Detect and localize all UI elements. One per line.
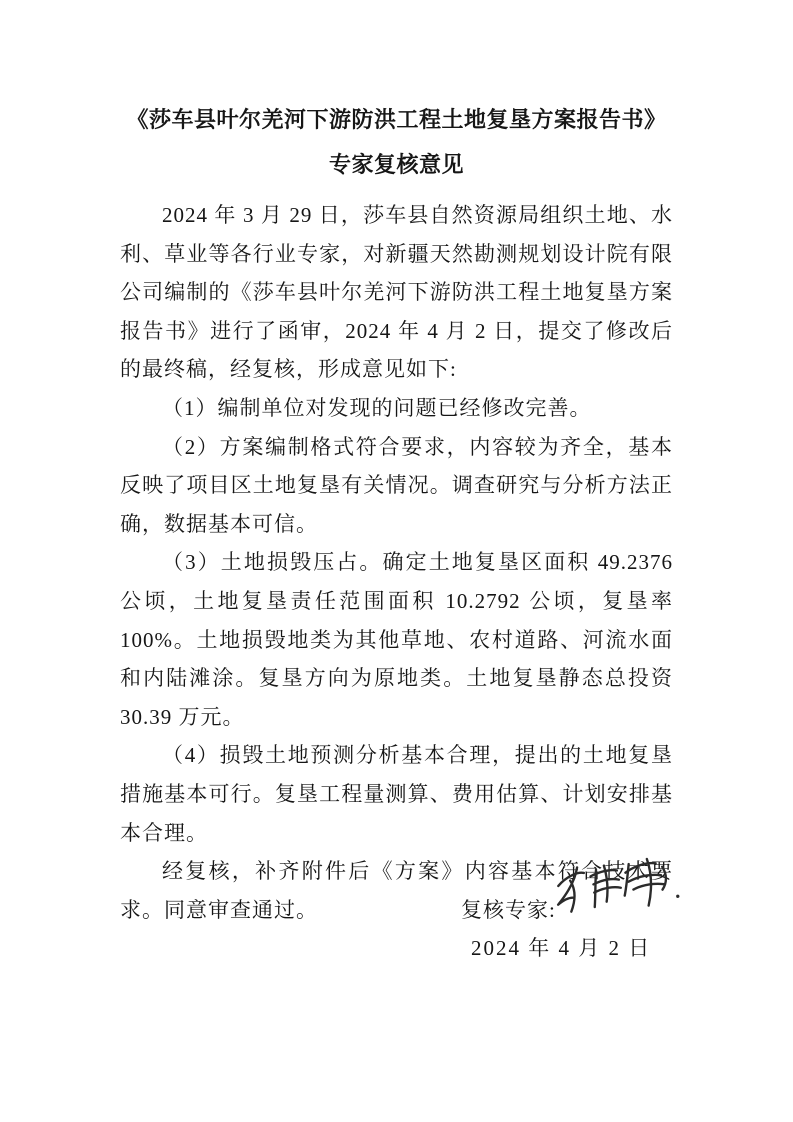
- paragraph-item-1: （1）编制单位对发现的问题已经修改完善。: [120, 389, 673, 428]
- document-title: 《莎车县叶尔羌河下游防洪工程土地复垦方案报告书》 专家复核意见: [60, 97, 733, 187]
- document-body: 2024 年 3 月 29 日，莎车县自然资源局组织土地、水利、草业等各行业专家…: [120, 196, 673, 929]
- paragraph-intro: 2024 年 3 月 29 日，莎车县自然资源局组织土地、水利、草业等各行业专家…: [120, 196, 673, 389]
- paragraph-item-4: （4）损毁土地预测分析基本合理，提出的土地复垦措施基本可行。复垦工程量测算、费用…: [120, 736, 673, 852]
- document-page: 《莎车县叶尔羌河下游防洪工程土地复垦方案报告书》 专家复核意见 2024 年 3…: [0, 0, 793, 1122]
- signature-handwriting-icon: [548, 855, 688, 917]
- paragraph-item-3: （3）土地损毁压占。确定土地复垦区面积 49.2376 公顷，土地复垦责任范围面…: [120, 543, 673, 736]
- title-line-2: 专家复核意见: [60, 142, 733, 187]
- paragraph-item-2: （2）方案编制格式符合要求，内容较为齐全，基本反映了项目区土地复垦有关情况。调查…: [120, 428, 673, 544]
- signature-label: 复核专家:: [461, 894, 556, 924]
- title-line-1: 《莎车县叶尔羌河下游防洪工程土地复垦方案报告书》: [60, 97, 733, 142]
- signature-date: 2024 年 4 月 2 日: [471, 932, 651, 962]
